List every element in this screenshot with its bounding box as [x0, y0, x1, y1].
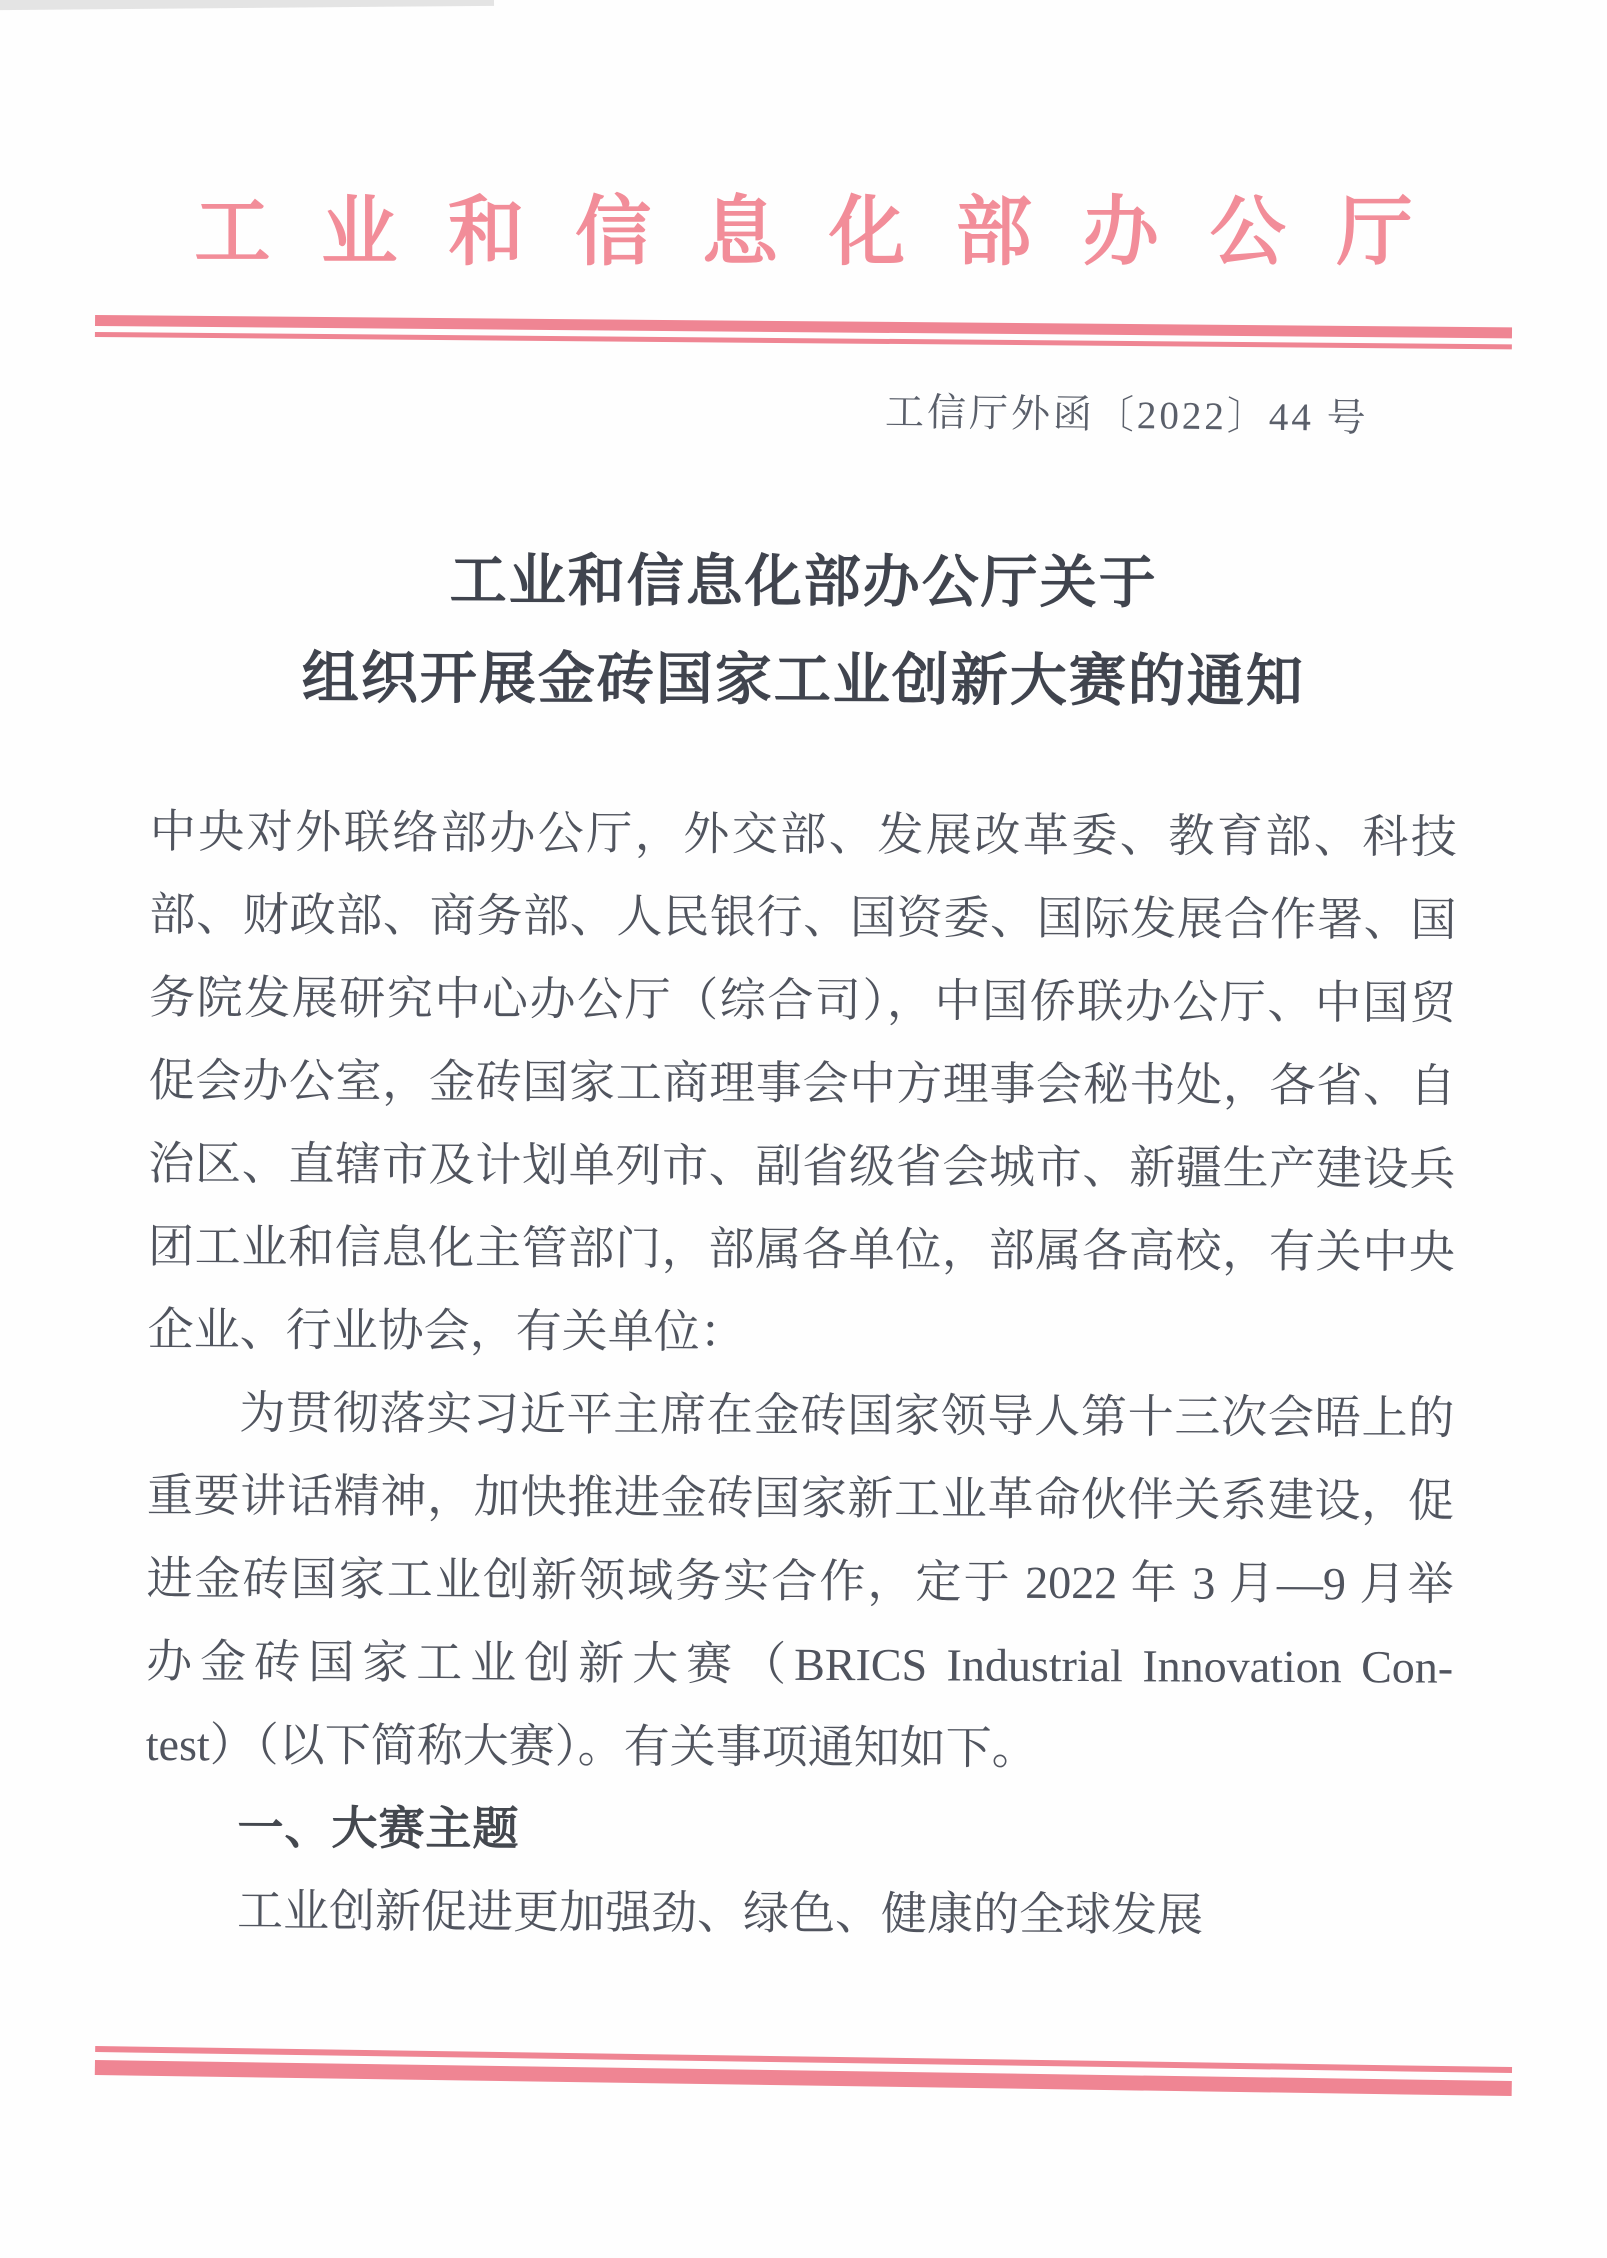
document-title: 工业和信息化部办公厅关于 组织开展金砖国家工业创新大赛的通知: [0, 531, 1607, 733]
body-line: 进金砖国家工业创新领域务实合作，定于 2022 年 3 月—9 月举: [146, 1537, 1453, 1626]
scan-artifact: [0, 0, 494, 10]
body-line: 重要讲话精神，加快推进金砖国家新工业革命伙伴关系建设，促: [147, 1454, 1454, 1543]
letterhead-rules-top: [95, 315, 1512, 349]
document-page: 工业和信息化部办公厅 工信厅外函〔2022〕44 号 工业和信息化部办公厅关于 …: [0, 0, 1607, 2258]
document-body: 中央对外联络部办公厅，外交部、发展改革委、教育部、科技 部、财政部、商务部、人民…: [145, 790, 1457, 1958]
body-line: 为贯彻落实习近平主席在金砖国家领导人第十三次会晤上的: [147, 1371, 1454, 1460]
document-number: 工信厅外函〔2022〕44 号: [885, 381, 1369, 443]
body-line: 办金砖国家工业创新大赛（BRICS Industrial Innovation …: [146, 1620, 1453, 1709]
footer-rules: [95, 2046, 1512, 2096]
body-line: 治区、直辖市及计划单列市、副省级省会城市、新疆生产建设兵: [148, 1122, 1455, 1211]
body-line: 部、财政部、商务部、人民银行、国资委、国际发展合作署、国: [149, 873, 1456, 962]
body-line: 中央对外联络部办公厅，外交部、发展改革委、教育部、科技: [150, 790, 1457, 879]
body-line: 团工业和信息化主管部门，部属各单位，部属各高校，有关中央: [148, 1205, 1455, 1294]
document-title-line-2: 组织开展金砖国家工业创新大赛的通知: [0, 629, 1607, 733]
body-line: 务院发展研究中心办公厅（综合司），中国侨联办公厅、中国贸: [149, 956, 1456, 1045]
body-line: 企业、行业协会，有关单位：: [147, 1288, 1454, 1377]
body-line: 工业创新促进更加强劲、绿色、健康的全球发展: [145, 1869, 1452, 1958]
body-line: 促会办公室，金砖国家工商理事会中方理事会秘书处，各省、自: [149, 1039, 1456, 1128]
section-heading: 一、大赛主题: [145, 1786, 1452, 1875]
letterhead-title: 工业和信息化部办公厅: [0, 192, 1607, 276]
body-line: test）（以下简称大赛）。有关事项通知如下。: [146, 1703, 1453, 1792]
document-title-line-1: 工业和信息化部办公厅关于: [0, 531, 1607, 635]
